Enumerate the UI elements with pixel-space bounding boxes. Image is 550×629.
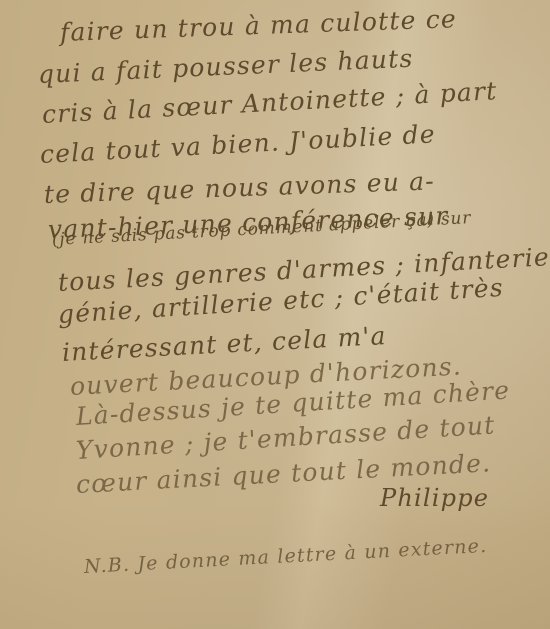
postscript: N.B. Je donne ma lettre à un externe. [83, 535, 487, 578]
signature: Philippe [380, 484, 489, 512]
letter-line: cela tout va bien. J'oublie de [39, 119, 436, 169]
letter-line: qui a fait pousser les hauts [37, 44, 414, 89]
letter-page: faire un trou à ma culotte ce qui a fait… [0, 0, 550, 629]
letter-line: faire un trou à ma culotte ce [59, 4, 457, 47]
